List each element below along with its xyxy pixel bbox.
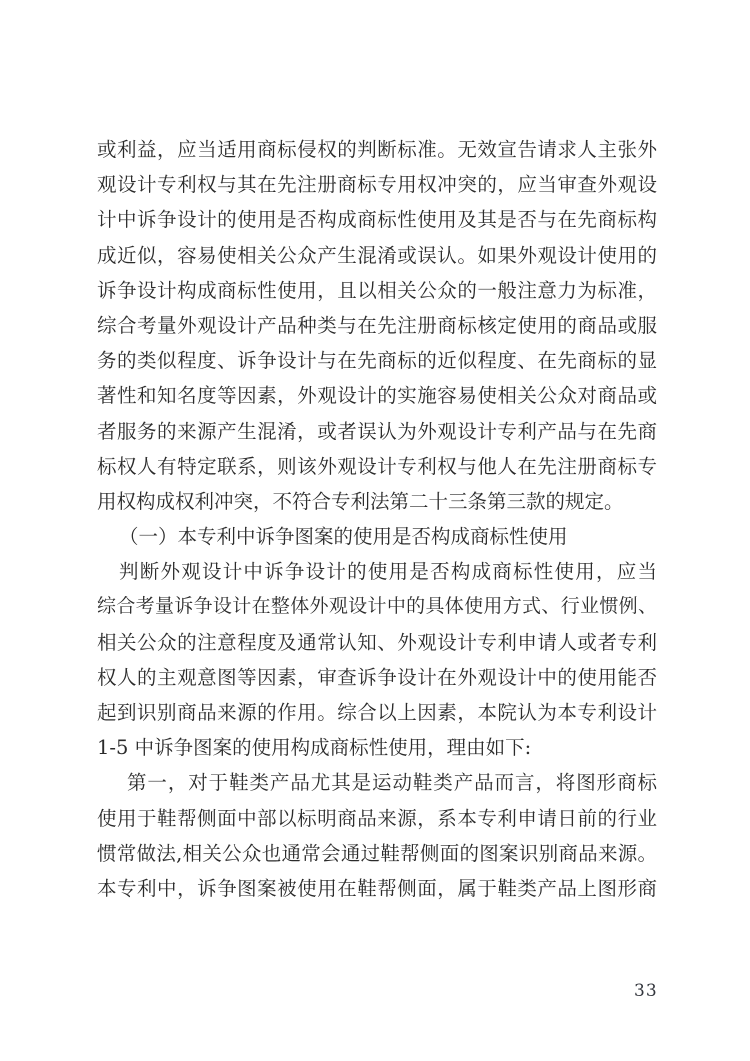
text-line: 标权人有特定联系，则该外观设计专利权与他人在先注册商标专: [97, 449, 657, 484]
text-line: 1-5 中诉争图案的使用构成商标性使用，理由如下:: [97, 730, 657, 765]
section-heading: （一）本专利中诉争图案的使用是否构成商标性使用: [97, 519, 657, 554]
text-line: 使用于鞋帮侧面中部以标明商品来源，系本专利申请日前的行业: [97, 801, 657, 836]
text-line: 观设计专利权与其在先注册商标专用权冲突的，应当审查外观设: [97, 167, 657, 202]
text-line: 务的类似程度、诉争设计与在先商标的近似程度、在先商标的显: [97, 343, 657, 378]
document-page: 或利益，应当适用商标侵权的判断标准。无效宣告请求人主张外 观设计专利权与其在先注…: [0, 0, 750, 1061]
page-number: 33: [634, 981, 658, 1001]
text-line: 惯常做法,相关公众也通常会通过鞋帮侧面的图案识别商品来源。: [97, 836, 657, 871]
text-line: 用权构成权利冲突，不符合专利法第二十三条第三款的规定。: [97, 484, 657, 519]
text-line: 计中诉争设计的使用是否构成商标性使用及其是否与在先商标构: [97, 202, 657, 237]
text-line: 综合考量外观设计产品种类与在先注册商标核定使用的商品或服: [97, 308, 657, 343]
page-body-text: 或利益，应当适用商标侵权的判断标准。无效宣告请求人主张外 观设计专利权与其在先注…: [97, 132, 657, 906]
text-line: 或利益，应当适用商标侵权的判断标准。无效宣告请求人主张外: [97, 132, 657, 167]
text-line: 著性和知名度等因素，外观设计的实施容易使相关公众对商品或: [97, 378, 657, 413]
text-line: 者服务的来源产生混淆，或者误认为外观设计专利产品与在先商: [97, 414, 657, 449]
text-line: 起到识别商品来源的作用。综合以上因素，本院认为本专利设计: [97, 695, 657, 730]
text-line: 相关公众的注意程度及通常认知、外观设计专利申请人或者专利: [97, 625, 657, 660]
text-line: 判断外观设计中诉争设计的使用是否构成商标性使用，应当: [97, 554, 657, 589]
text-line: 本专利中，诉争图案被使用在鞋帮侧面，属于鞋类产品上图形商: [97, 871, 657, 906]
text-line: 诉争设计构成商标性使用，且以相关公众的一般注意力为标准，: [97, 273, 657, 308]
text-line: 综合考量诉争设计在整体外观设计中的具体使用方式、行业惯例、: [97, 589, 657, 624]
text-line: 第一，对于鞋类产品尤其是运动鞋类产品而言，将图形商标: [97, 765, 657, 800]
text-line: 权人的主观意图等因素，审查诉争设计在外观设计中的使用能否: [97, 660, 657, 695]
text-line: 成近似，容易使相关公众产生混淆或误认。如果外观设计使用的: [97, 238, 657, 273]
